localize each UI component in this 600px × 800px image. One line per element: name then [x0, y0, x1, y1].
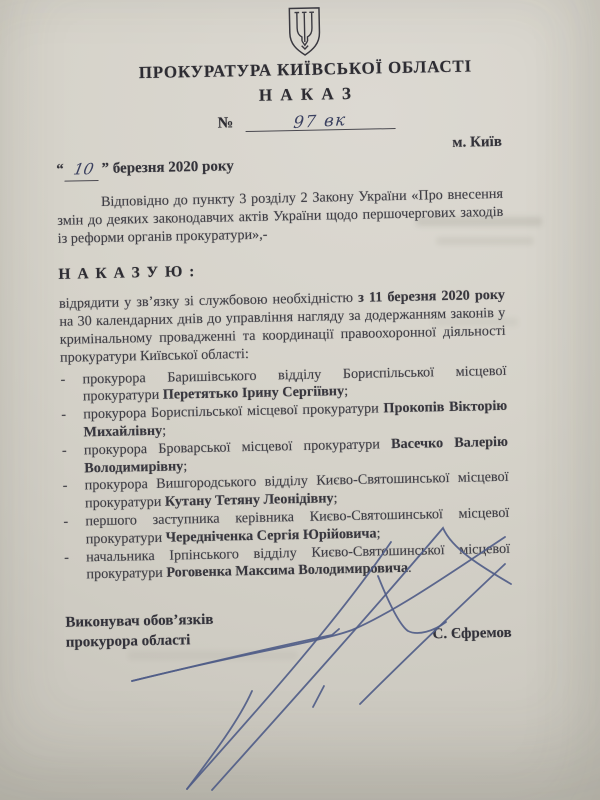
organization-name: ПРОКУРАТУРА КИЇВСЬКОЇ ОБЛАСТІ — [82, 56, 528, 83]
order-intro-paragraph: відрядити у зв’язку зі службовою необхід… — [59, 287, 506, 367]
order-intro-suffix: на 30 календарних днів до управління наг… — [59, 305, 506, 366]
assignee-punct: ; — [162, 423, 166, 439]
signer-name: С. Єфремов — [432, 625, 511, 644]
signer-role-line2: прокурора області — [66, 630, 214, 652]
order-heading: Н А К А З У Ю : — [58, 256, 504, 283]
assignee-punct: ; — [183, 458, 187, 474]
signature-block: Виконувач обов’язків прокурора області С… — [65, 605, 512, 653]
assignee-punct: ; — [376, 525, 380, 541]
assignee-name: Перетятько Ірину Сергіївну — [163, 383, 345, 403]
handwritten-day: 10 — [64, 161, 102, 182]
assignee-punct: . — [408, 560, 412, 576]
assignee-punct: ; — [333, 490, 337, 506]
order-number-line: № 97 вк — [83, 104, 529, 135]
list-item-text: начальника Ірпінського відділу Києво-Свя… — [86, 540, 511, 584]
document-header: ПРОКУРАТУРА КИЇВСЬКОЇ ОБЛАСТІ Н А К А З … — [81, 2, 529, 135]
signer-role-line1: Виконувач обов’язків — [65, 611, 213, 633]
document-content: ПРОКУРАТУРА КИЇВСЬКОЇ ОБЛАСТІ Н А К А З … — [0, 0, 600, 800]
preamble-paragraph: Відповідно до пункту 3 розділу 2 Закону … — [57, 186, 504, 248]
date-text: березня 2020 року — [109, 159, 234, 178]
assignee-name: Роговенка Максима Володимировича — [166, 560, 408, 581]
assignee-punct: ; — [344, 383, 348, 399]
list-item-dash: - — [63, 478, 86, 514]
order-effective-date: з 11 березня 2020 року — [358, 287, 505, 306]
quote-open: “ — [56, 162, 64, 178]
photographed-order-document: ПРОКУРАТУРА КИЇВСЬКОЇ ОБЛАСТІ Н А К А З … — [0, 0, 600, 800]
list-item: - начальника Ірпінського відділу Києво-С… — [64, 540, 511, 585]
list-item-dash: - — [64, 549, 87, 585]
signer-role: Виконувач обов’язків прокурора області — [65, 611, 214, 653]
assignee-name: Кутану Тетяну Леонідівну — [165, 490, 334, 509]
assignee-name: Чередніченка Сергія Юрійовича — [166, 525, 377, 545]
assignee-list: - прокурора Баришівського відділу Борисп… — [60, 362, 510, 584]
list-item-dash: - — [62, 442, 85, 478]
list-item-dash: - — [60, 371, 83, 407]
ukraine-trident-icon — [285, 6, 324, 57]
list-item-dash: - — [61, 407, 84, 443]
document-type-title: Н А К А З — [83, 81, 529, 108]
number-sign: № — [217, 114, 233, 132]
list-item-dash: - — [63, 513, 86, 549]
number-blank-line: 97 вк — [245, 109, 395, 132]
handwritten-order-number: 97 вк — [293, 111, 348, 132]
